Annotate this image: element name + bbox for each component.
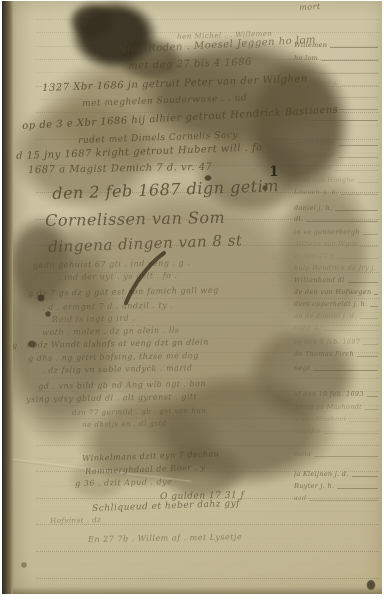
- ruled-line: [36, 312, 379, 313]
- ruled-line: [36, 578, 379, 579]
- ruled-line: [36, 272, 379, 273]
- ruled-line: [36, 285, 379, 286]
- ruled-line: [36, 378, 379, 379]
- ruled-lines-layer: [2, 1, 382, 594]
- ruled-line: [36, 245, 379, 246]
- ruled-line: [36, 192, 379, 193]
- manuscript-page: mort hen Michel . . WillemenNieu Roden .…: [2, 1, 382, 594]
- ruled-line: [36, 232, 379, 233]
- ruled-line: [36, 524, 379, 525]
- page-bottom-edge: [2, 587, 382, 594]
- ruled-line: [36, 538, 379, 539]
- ruled-line: [36, 338, 379, 339]
- ruled-line: [36, 99, 379, 100]
- ruled-line: [36, 391, 379, 392]
- ruled-line: [36, 86, 379, 87]
- ruled-line: [36, 551, 379, 552]
- ruled-line: [36, 219, 379, 220]
- ruled-line: [36, 431, 379, 432]
- ruled-line: [36, 139, 379, 140]
- binding-edge: [2, 1, 13, 594]
- ruled-line: [36, 498, 379, 499]
- ruled-line: [36, 179, 379, 180]
- ruled-line: [36, 258, 379, 259]
- ruled-line: [36, 458, 379, 459]
- ruled-line: [36, 418, 379, 419]
- ruled-line: [36, 125, 379, 126]
- ruled-line: [36, 72, 379, 73]
- ruled-line: [36, 112, 379, 113]
- ruled-line: [36, 564, 379, 565]
- ruled-line: [36, 19, 379, 20]
- ruled-line: [36, 205, 379, 206]
- ruled-line: [36, 471, 379, 472]
- ruled-line: [36, 511, 379, 512]
- folio-number: 1: [269, 164, 280, 180]
- ruled-line: [36, 46, 379, 47]
- ruled-line: [36, 485, 379, 486]
- ruled-line: [36, 152, 379, 153]
- ruled-line: [36, 59, 379, 60]
- ruled-line: [36, 352, 379, 353]
- ruled-line: [36, 325, 379, 326]
- ruled-line: [36, 365, 379, 366]
- ruled-line: [36, 405, 379, 406]
- ruled-line: [36, 32, 379, 33]
- scanned-manuscript-screenshot: { "document": { "kind": "17th-century ha…: [0, 0, 384, 600]
- ruled-line: [36, 445, 379, 446]
- ruled-line: [36, 165, 379, 166]
- ruled-line: [36, 298, 379, 299]
